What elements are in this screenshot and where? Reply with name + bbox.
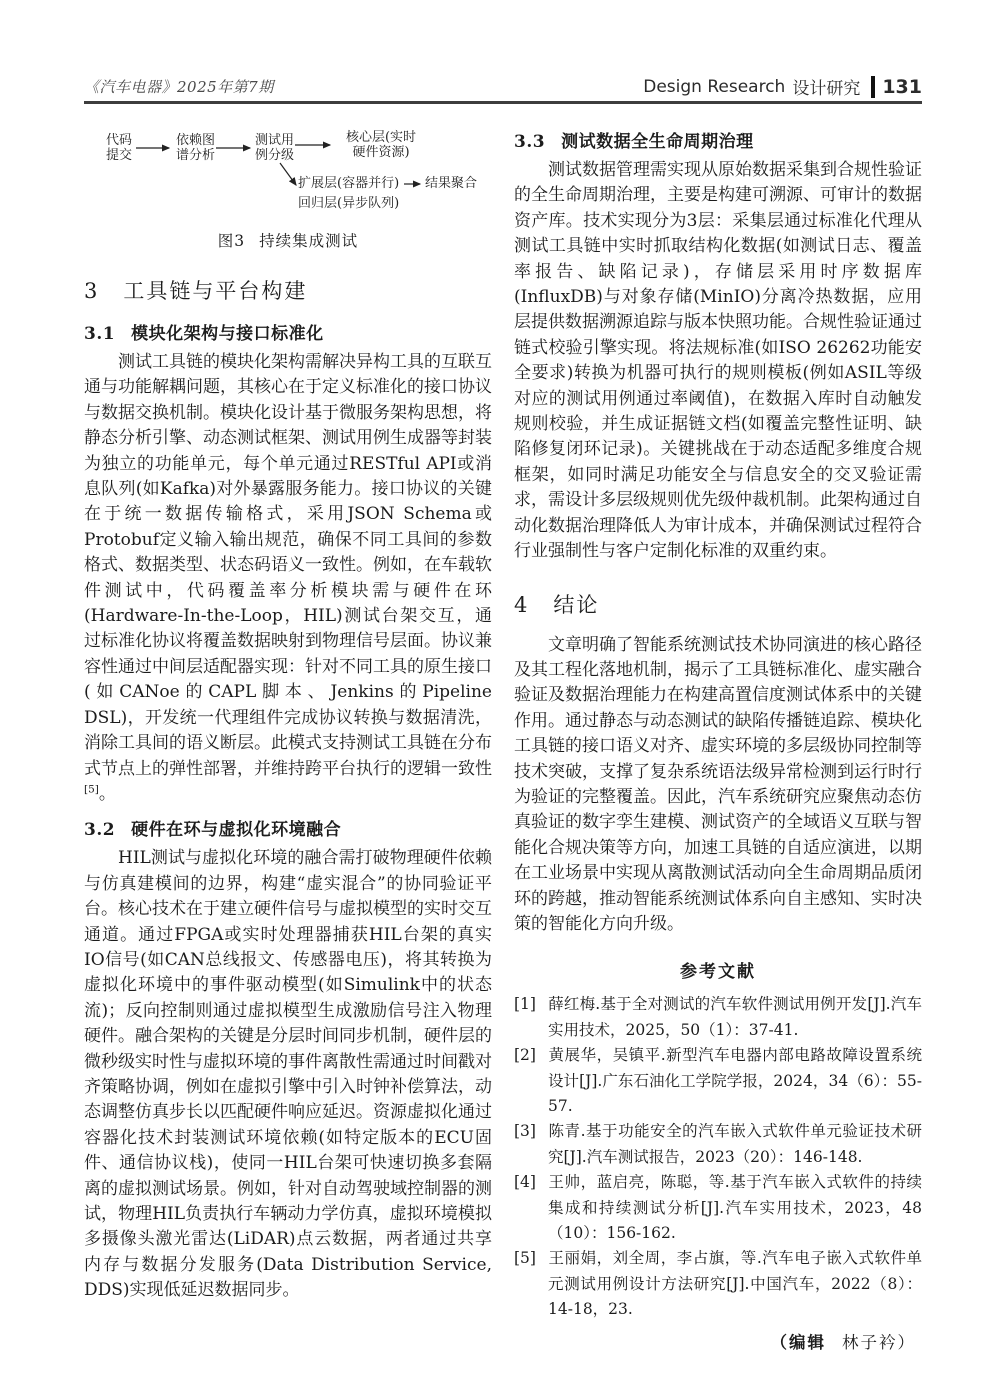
editor-label: （编辑 [771,1333,827,1352]
section3-2-heading: 3.2硬件在环与虚拟化环境融合 [84,815,492,840]
reference-text: 薛红梅.基于全对测试的汽车软件测试用例开发[J].汽车实用技术，2025，50（… [548,995,922,1038]
section3-1-text-end: 。 [99,784,116,804]
section3-1-paragraph: 测试工具链的模块化架构需解决异构工具的互联互通与功能解耦问题，其核心在于定义标准… [84,350,492,807]
section4-title: 结论 [553,593,599,617]
figure3-caption-text: 持续集成测试 [259,232,358,250]
flow-node-core-layer: 核心层(实时 硬件资源) [335,130,427,160]
citation-ref-5: [5] [84,783,99,795]
section3-3-heading: 3.3测试数据全生命周期治理 [514,127,922,152]
reference-number: [5] [514,1246,548,1271]
section4-number: 4 [514,593,527,617]
flow-node-dependency-graph: 依赖图 谱分析 [176,133,215,163]
reference-item: [5]王丽娟，刘全周，李占旗，等.汽车电子嵌入式软件单元测试用例设计方法研究[J… [514,1246,922,1322]
section3-3-title: 测试数据全生命周期治理 [561,132,754,152]
document-page: 《汽车电器》2025年第7期 Design Research 设计研究 131 [0,0,1006,1375]
section3-heading: 3工具链与平台构建 [84,275,492,305]
reference-text: 陈青.基于功能安全的汽车嵌入式软件单元验证技术研究[J].汽车测试报告，2023… [548,1122,922,1165]
reference-number: [2] [514,1043,548,1068]
reference-item: [1]薛红梅.基于全对测试的汽车软件测试用例开发[J].汽车实用技术，2025，… [514,992,922,1043]
flow-node-testcase-grading: 测试用 例分级 [255,133,294,163]
section3-2-title: 硬件在环与虚拟化环境融合 [131,820,341,840]
figure-3: 代码 提交 依赖图 谱分析 测试用 例分级 核心层(实时 硬件资源) 扩展层(容… [84,125,492,251]
editor-name: 林子衿） [842,1333,916,1352]
section3-1-title: 模块化架构与接口标准化 [131,324,324,344]
section3-3-number: 3.3 [514,132,545,152]
figure3-flowchart: 代码 提交 依赖图 谱分析 测试用 例分级 核心层(实时 硬件资源) 扩展层(容… [84,125,492,215]
header-section-label: Design Research 设计研究 131 [643,74,922,99]
left-column: 代码 提交 依赖图 谱分析 测试用 例分级 核心层(实时 硬件资源) 扩展层(容… [84,125,492,1353]
reference-item: [3]陈青.基于功能安全的汽车嵌入式软件单元验证技术研究[J].汽车测试报告，2… [514,1119,922,1170]
section3-title: 工具链与平台构建 [123,279,307,303]
editor-note: （编辑林子衿） [514,1329,922,1353]
right-column: 3.3测试数据全生命周期治理 测试数据管理需实现从原始数据采集到合规性验证的全生… [514,125,922,1353]
reference-text: 王帅，蓝启亮，陈聪，等.基于汽车嵌入式软件的持续集成和持续测试分析[J].汽车实… [548,1173,922,1242]
two-column-body: 代码 提交 依赖图 谱分析 测试用 例分级 核心层(实时 硬件资源) 扩展层(容… [84,125,922,1353]
section3-1-heading: 3.1模块化架构与接口标准化 [84,319,492,344]
references-list: [1]薛红梅.基于全对测试的汽车软件测试用例开发[J].汽车实用技术，2025，… [514,992,922,1322]
page-header: 《汽车电器》2025年第7期 Design Research 设计研究 131 [84,74,922,99]
flow-node-regression-layer: 回归层(异步队列) [298,196,399,211]
section3-1-number: 3.1 [84,324,115,344]
section4-heading: 4结论 [514,589,922,619]
flow-node-code-commit: 代码 提交 [106,133,132,163]
flow-node-result-aggregation: 结果聚合 [425,176,477,191]
section3-2-paragraph: HIL测试与虚拟化环境的融合需打破物理硬件依赖与仿真建模间的边界，构建“虚实混合… [84,846,492,1303]
reference-text: 王丽娟，刘全周，李占旗，等.汽车电子嵌入式软件单元测试用例设计方法研究[J].中… [548,1249,922,1318]
flow-node-extension-layer: 扩展层(容器并行) [298,176,399,191]
section3-1-text: 测试工具链的模块化架构需解决异构工具的互联互通与功能解耦问题，其核心在于定义标准… [84,352,492,779]
references-title: 参考文献 [514,957,922,982]
section3-3-paragraph: 测试数据管理需实现从原始数据采集到合规性验证的全生命周期治理，主要是构建可溯源、… [514,158,922,565]
reference-number: [3] [514,1119,548,1144]
reference-number: [4] [514,1170,548,1195]
section3-number: 3 [84,279,97,303]
reference-text: 黄展华，吴镇平.新型汽车电器内部电路故障设置系统设计[J].广东石油化工学院学报… [548,1046,922,1115]
section-label-en: Design Research [643,77,785,97]
section-label-cn: 设计研究 [792,74,860,99]
reference-item: [4]王帅，蓝启亮，陈聪，等.基于汽车嵌入式软件的持续集成和持续测试分析[J].… [514,1170,922,1246]
reference-number: [1] [514,992,548,1017]
figure3-caption-label: 图3 [218,232,245,250]
reference-item: [2]黄展华，吴镇平.新型汽车电器内部电路故障设置系统设计[J].广东石油化工学… [514,1043,922,1119]
conclusion-paragraph: 文章明确了智能系统测试技术协同演进的核心路径及其工程化落地机制，揭示了工具链标准… [514,633,922,938]
page-number: 131 [871,76,922,98]
journal-issue-label: 《汽车电器》2025年第7期 [84,76,274,97]
section3-2-number: 3.2 [84,820,115,840]
figure3-caption: 图3持续集成测试 [84,229,492,251]
header-rule [84,101,922,104]
